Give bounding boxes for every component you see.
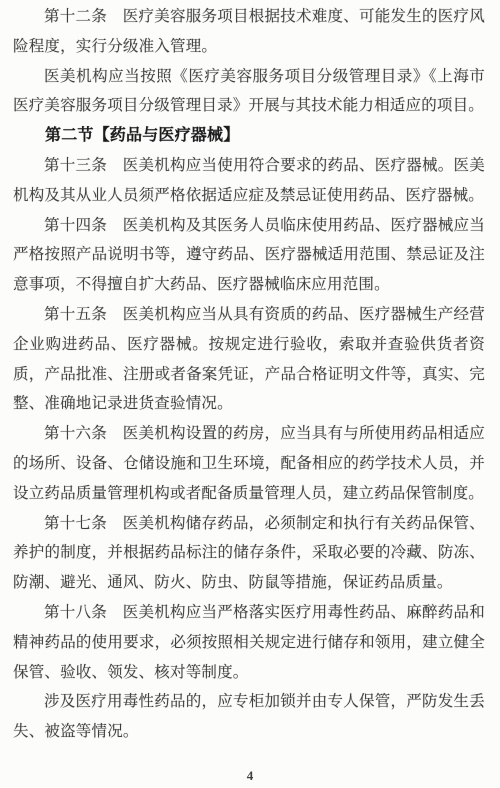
- document-page: 第十二条 医疗美容服务项目根据技术难度、可能发生的医疗风险程度，实行分级准入管理…: [0, 0, 500, 788]
- paragraph-article-12: 第十二条 医疗美容服务项目根据技术难度、可能发生的医疗风险程度，实行分级准入管理…: [13, 2, 485, 62]
- paragraph-article-17: 第十七条 医美机构储存药品，必须制定和执行有关药品保管、养护的制度，并根据药品标…: [13, 509, 485, 598]
- paragraph-article-13: 第十三条 医美机构应当使用符合要求的药品、医疗器械。医美机构及其从业人员须严格依…: [13, 151, 485, 211]
- page-number: 4: [0, 768, 500, 784]
- paragraph-toxic-drugs: 涉及医疗用毒性药品的，应专柜加锁并由专人保管，严防发生丢失、被盗等情况。: [13, 687, 485, 747]
- document-body: 第十二条 医疗美容服务项目根据技术难度、可能发生的医疗风险程度，实行分级准入管理…: [0, 0, 500, 747]
- section-2-heading: 第二节【药品与医疗器械】: [13, 121, 485, 151]
- paragraph-article-16: 第十六条 医美机构设置的药房，应当具有与所使用药品相适应的场所、设备、仓储设施和…: [13, 419, 485, 508]
- paragraph-article-18: 第十八条 医美机构应当严格落实医疗用毒性药品、麻醉药品和精神药品的使用要求，必须…: [13, 598, 485, 687]
- paragraph-article-14: 第十四条 医美机构及其医务人员临床使用药品、医疗器械应当严格按照产品说明书等，遵…: [13, 211, 485, 300]
- paragraph-article-15: 第十五条 医美机构应当从具有资质的药品、医疗器械生产经营企业购进药品、医疗器械。…: [13, 300, 485, 419]
- paragraph-article-12-catalog: 医美机构应当按照《医疗美容服务项目分级管理目录》《上海市医疗美容服务项目分级管理…: [13, 62, 485, 122]
